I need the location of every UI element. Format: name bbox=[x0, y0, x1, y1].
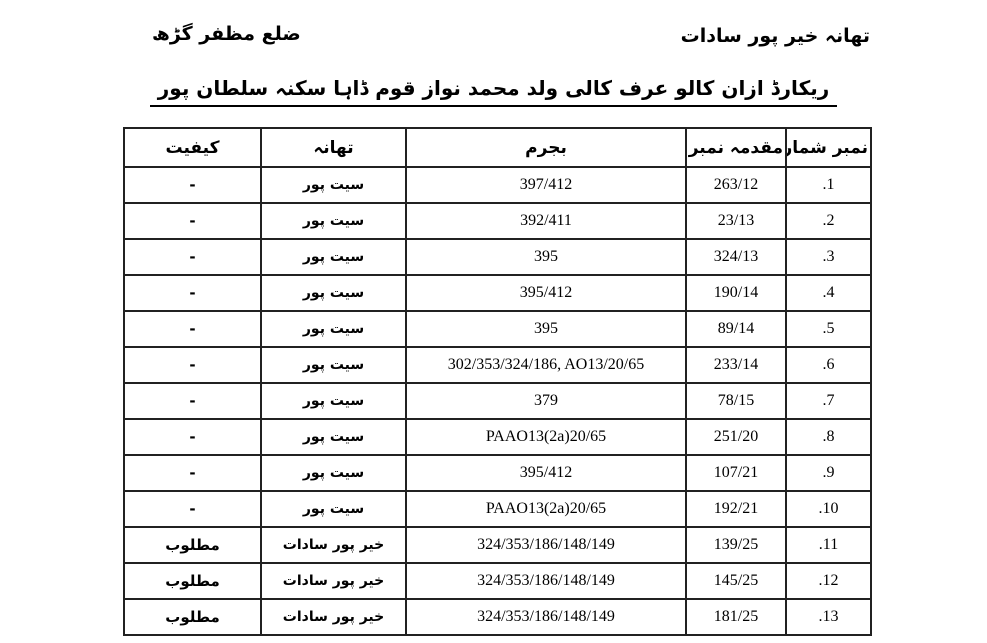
cell-offence: 395/412 bbox=[406, 275, 686, 311]
cell-status: مطلوب bbox=[124, 599, 261, 635]
district-header-label: ضلع مظفر گڑھ bbox=[152, 23, 301, 45]
cell-status: - bbox=[124, 275, 261, 311]
table-row: .1 263/12 397/412 سیت پور - bbox=[124, 167, 871, 203]
col-header-status: کیفیت bbox=[124, 128, 261, 167]
document-page: { "page": { "station_header": "تھانہ خیر… bbox=[0, 0, 987, 643]
cell-station: سیت پور bbox=[261, 275, 406, 311]
cell-serial: .3 bbox=[786, 239, 871, 275]
station-header-label: تھانہ خیر پور سادات bbox=[681, 25, 870, 47]
cell-offence: 395 bbox=[406, 239, 686, 275]
cell-offence: 395/412 bbox=[406, 455, 686, 491]
cell-case-number: 251/20 bbox=[686, 419, 786, 455]
cell-case-number: 324/13 bbox=[686, 239, 786, 275]
cell-case-number: 263/12 bbox=[686, 167, 786, 203]
cell-offence: 324/353/186/148/149 bbox=[406, 563, 686, 599]
cell-station: خیر پور سادات bbox=[261, 563, 406, 599]
table-row: .2 23/13 392/411 سیت پور - bbox=[124, 203, 871, 239]
col-header-serial: نمبر شمار bbox=[786, 128, 871, 167]
cell-station: سیت پور bbox=[261, 311, 406, 347]
col-header-case-number: مقدمہ نمبر bbox=[686, 128, 786, 167]
cell-case-number: 145/25 bbox=[686, 563, 786, 599]
col-header-offence: بجرم bbox=[406, 128, 686, 167]
cell-status: - bbox=[124, 455, 261, 491]
cell-offence: PAAO13(2a)20/65 bbox=[406, 491, 686, 527]
records-table: نمبر شمار مقدمہ نمبر بجرم تھانہ کیفیت .1… bbox=[123, 127, 872, 636]
cell-case-number: 78/15 bbox=[686, 383, 786, 419]
cell-serial: .8 bbox=[786, 419, 871, 455]
table-row: .9 107/21 395/412 سیت پور - bbox=[124, 455, 871, 491]
cell-serial: .9 bbox=[786, 455, 871, 491]
title-container: ریکارڈ ازان کالو عرف کالی ولد محمد نواز … bbox=[0, 76, 987, 107]
cell-offence: 379 bbox=[406, 383, 686, 419]
cell-offence: 302/353/324/186, AO13/20/65 bbox=[406, 347, 686, 383]
cell-serial: .6 bbox=[786, 347, 871, 383]
cell-offence: 395 bbox=[406, 311, 686, 347]
cell-station: خیر پور سادات bbox=[261, 599, 406, 635]
cell-case-number: 89/14 bbox=[686, 311, 786, 347]
cell-serial: .4 bbox=[786, 275, 871, 311]
cell-case-number: 181/25 bbox=[686, 599, 786, 635]
cell-offence: 397/412 bbox=[406, 167, 686, 203]
col-header-station: تھانہ bbox=[261, 128, 406, 167]
table-row: .7 78/15 379 سیت پور - bbox=[124, 383, 871, 419]
cell-case-number: 107/21 bbox=[686, 455, 786, 491]
cell-station: سیت پور bbox=[261, 347, 406, 383]
cell-case-number: 23/13 bbox=[686, 203, 786, 239]
cell-status: - bbox=[124, 383, 261, 419]
cell-station: سیت پور bbox=[261, 419, 406, 455]
cell-offence: 392/411 bbox=[406, 203, 686, 239]
cell-serial: .2 bbox=[786, 203, 871, 239]
cell-serial: .10 bbox=[786, 491, 871, 527]
cell-serial: .7 bbox=[786, 383, 871, 419]
table-row: .12 145/25 324/353/186/148/149 خیر پور س… bbox=[124, 563, 871, 599]
cell-case-number: 192/21 bbox=[686, 491, 786, 527]
cell-status: - bbox=[124, 203, 261, 239]
cell-case-number: 190/14 bbox=[686, 275, 786, 311]
cell-case-number: 139/25 bbox=[686, 527, 786, 563]
cell-station: سیت پور bbox=[261, 167, 406, 203]
cell-station: سیت پور bbox=[261, 203, 406, 239]
cell-station: سیت پور bbox=[261, 239, 406, 275]
table-row: .11 139/25 324/353/186/148/149 خیر پور س… bbox=[124, 527, 871, 563]
cell-station: خیر پور سادات bbox=[261, 527, 406, 563]
cell-status: مطلوب bbox=[124, 563, 261, 599]
cell-serial: .11 bbox=[786, 527, 871, 563]
cell-status: - bbox=[124, 311, 261, 347]
cell-case-number: 233/14 bbox=[686, 347, 786, 383]
cell-status: - bbox=[124, 167, 261, 203]
page-title: ریکارڈ ازان کالو عرف کالی ولد محمد نواز … bbox=[150, 76, 837, 107]
cell-offence: 324/353/186/148/149 bbox=[406, 527, 686, 563]
cell-station: سیت پور bbox=[261, 491, 406, 527]
table-header-row: نمبر شمار مقدمہ نمبر بجرم تھانہ کیفیت bbox=[124, 128, 871, 167]
table-row: .8 251/20 PAAO13(2a)20/65 سیت پور - bbox=[124, 419, 871, 455]
cell-serial: .13 bbox=[786, 599, 871, 635]
cell-offence: 324/353/186/148/149 bbox=[406, 599, 686, 635]
cell-status: - bbox=[124, 419, 261, 455]
cell-status: - bbox=[124, 491, 261, 527]
cell-serial: .12 bbox=[786, 563, 871, 599]
cell-station: سیت پور bbox=[261, 383, 406, 419]
cell-status: - bbox=[124, 347, 261, 383]
table-row: .13 181/25 324/353/186/148/149 خیر پور س… bbox=[124, 599, 871, 635]
table-row: .6 233/14 302/353/324/186, AO13/20/65 سی… bbox=[124, 347, 871, 383]
table-row: .10 192/21 PAAO13(2a)20/65 سیت پور - bbox=[124, 491, 871, 527]
cell-offence: PAAO13(2a)20/65 bbox=[406, 419, 686, 455]
table-row: .3 324/13 395 سیت پور - bbox=[124, 239, 871, 275]
cell-serial: .5 bbox=[786, 311, 871, 347]
table-row: .5 89/14 395 سیت پور - bbox=[124, 311, 871, 347]
cell-status: مطلوب bbox=[124, 527, 261, 563]
cell-station: سیت پور bbox=[261, 455, 406, 491]
cell-status: - bbox=[124, 239, 261, 275]
table-row: .4 190/14 395/412 سیت پور - bbox=[124, 275, 871, 311]
cell-serial: .1 bbox=[786, 167, 871, 203]
